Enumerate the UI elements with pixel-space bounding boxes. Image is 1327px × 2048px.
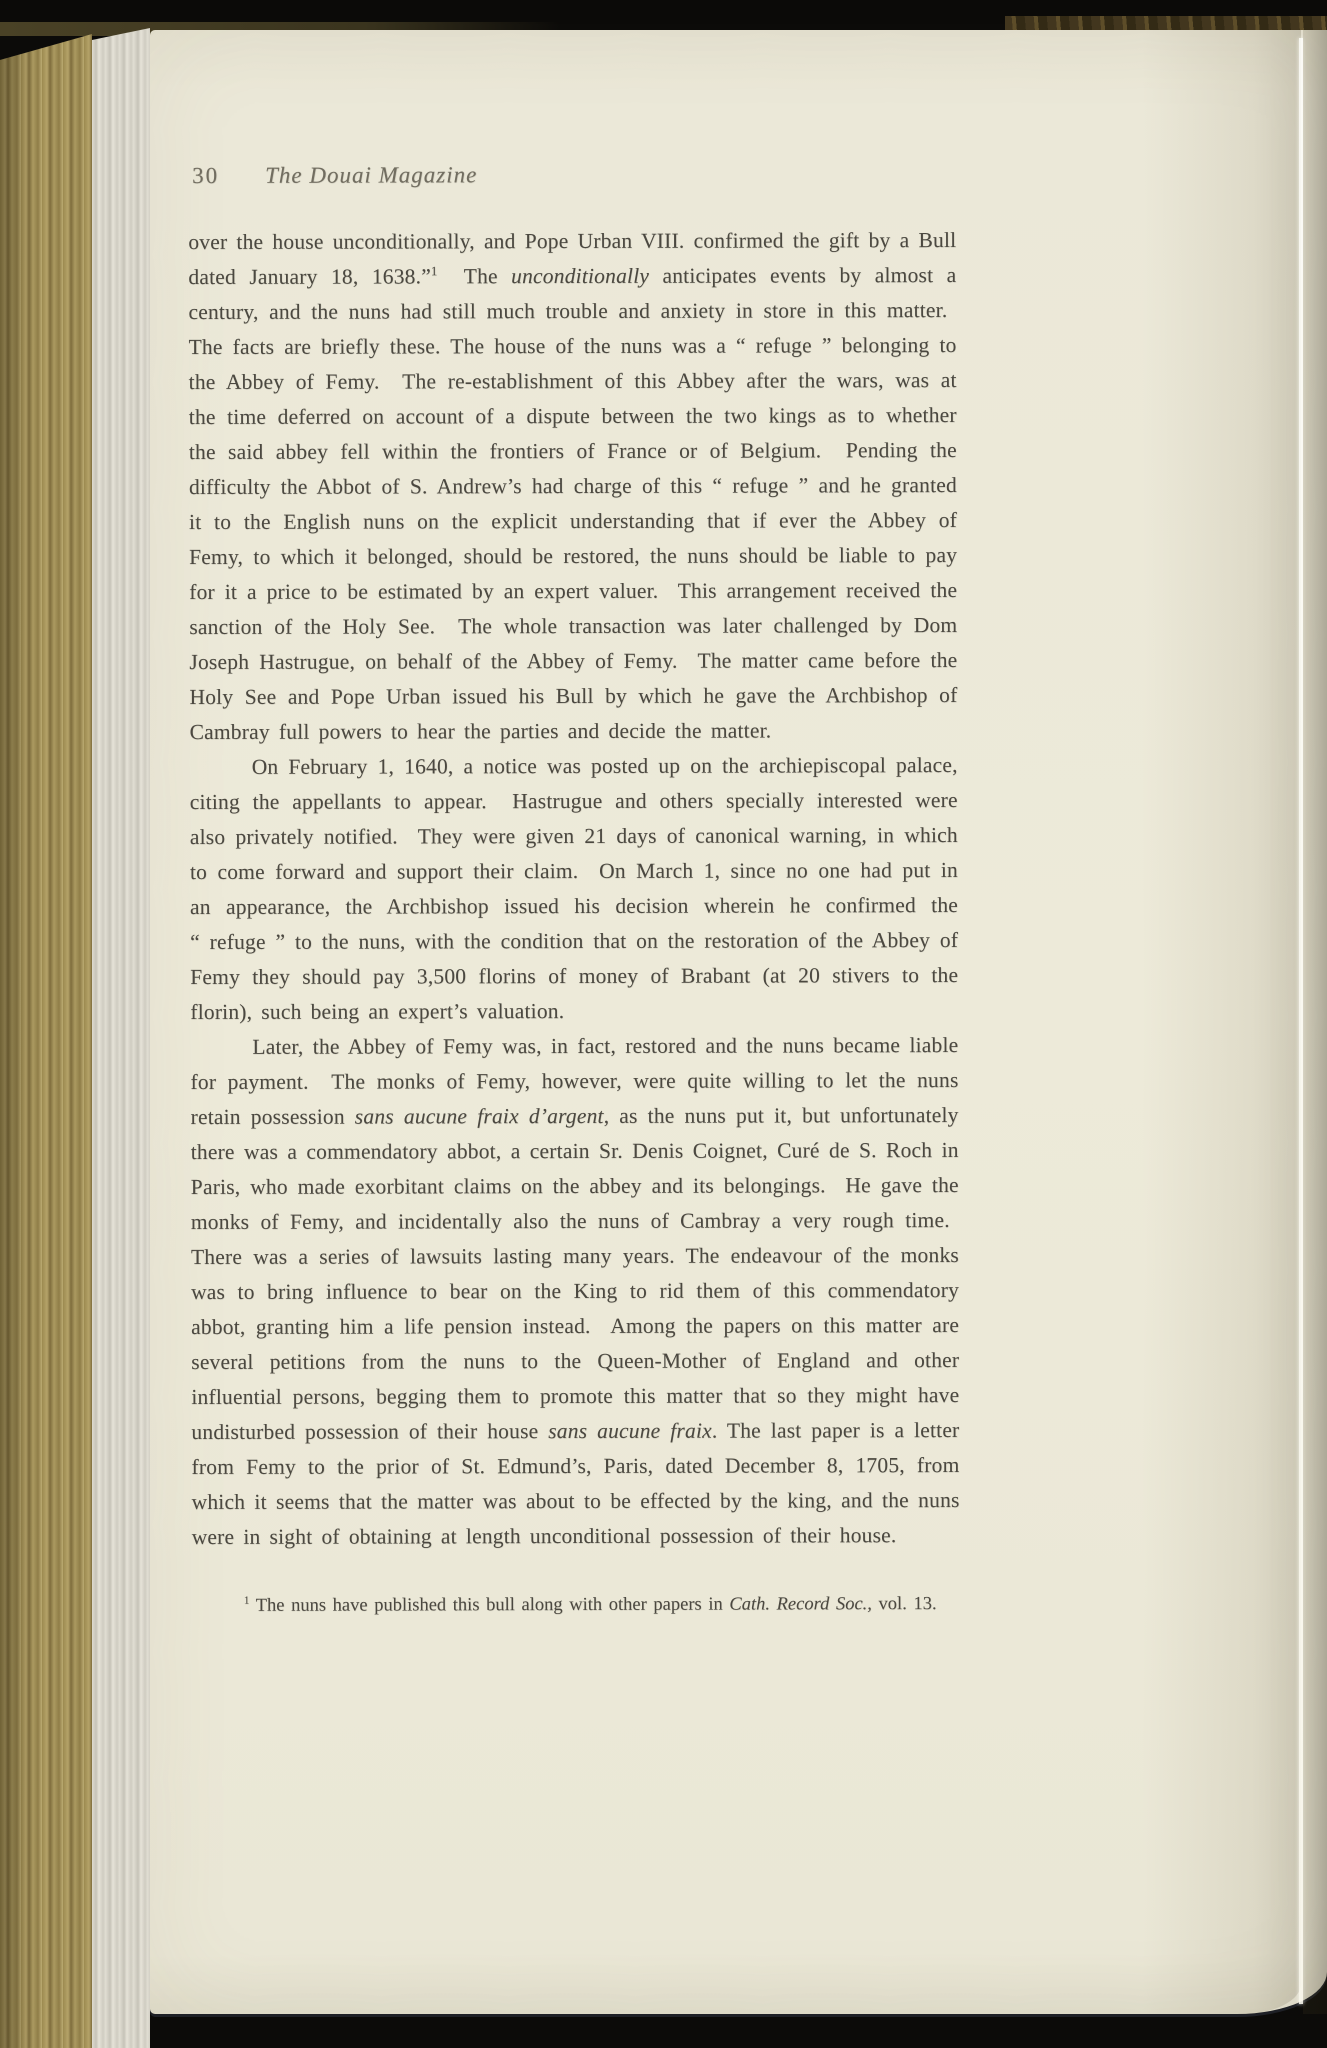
footnote: 1 The nuns have published this bull alon…	[192, 1589, 992, 1622]
text-segment: On February 1, 1640, a notice was posted…	[190, 753, 959, 1024]
text-segment: anticipates events by almost a century, …	[188, 263, 957, 744]
page-gutter-shadow	[1141, 30, 1301, 2014]
running-header: 30 The Douai Magazine	[188, 161, 956, 189]
footnote-text: 1 The nuns have published this bull alon…	[192, 1589, 992, 1622]
paragraph: Later, the Abbey of Femy was, in fact, r…	[190, 1028, 959, 1555]
running-title: The Douai Magazine	[265, 162, 477, 189]
paragraph: over the house unconditionally, and Pope…	[188, 223, 957, 750]
text-segment: The	[437, 264, 511, 288]
page-content: 30 The Douai Magazine over the house unc…	[188, 161, 960, 1622]
page-number: 30	[192, 163, 219, 189]
italic-text: sans aucune fraix	[548, 1419, 712, 1443]
gutter-page-sliver	[1303, 30, 1327, 2014]
text-segment: , as the nuns put it, but unfortunately …	[191, 1103, 960, 1444]
text-segment: The nuns have published this bull along …	[249, 1595, 729, 1616]
italic-text: unconditionally	[511, 264, 649, 288]
photo-background: { "photo": { "background_color": "#0c0b0…	[0, 0, 1327, 2048]
fore-edge-pages-tan	[0, 34, 92, 2048]
fore-edge-pages-white	[92, 28, 150, 2048]
text-segment: vol. 13.	[872, 1594, 937, 1614]
paragraph: On February 1, 1640, a notice was posted…	[190, 748, 959, 1030]
article-body: over the house unconditionally, and Pope…	[188, 223, 959, 1555]
italic-text: Cath. Record Soc.,	[729, 1594, 872, 1614]
magazine-page: 30 The Douai Magazine over the house unc…	[150, 30, 1327, 2014]
italic-text: sans aucune fraix d’argent	[355, 1104, 604, 1129]
